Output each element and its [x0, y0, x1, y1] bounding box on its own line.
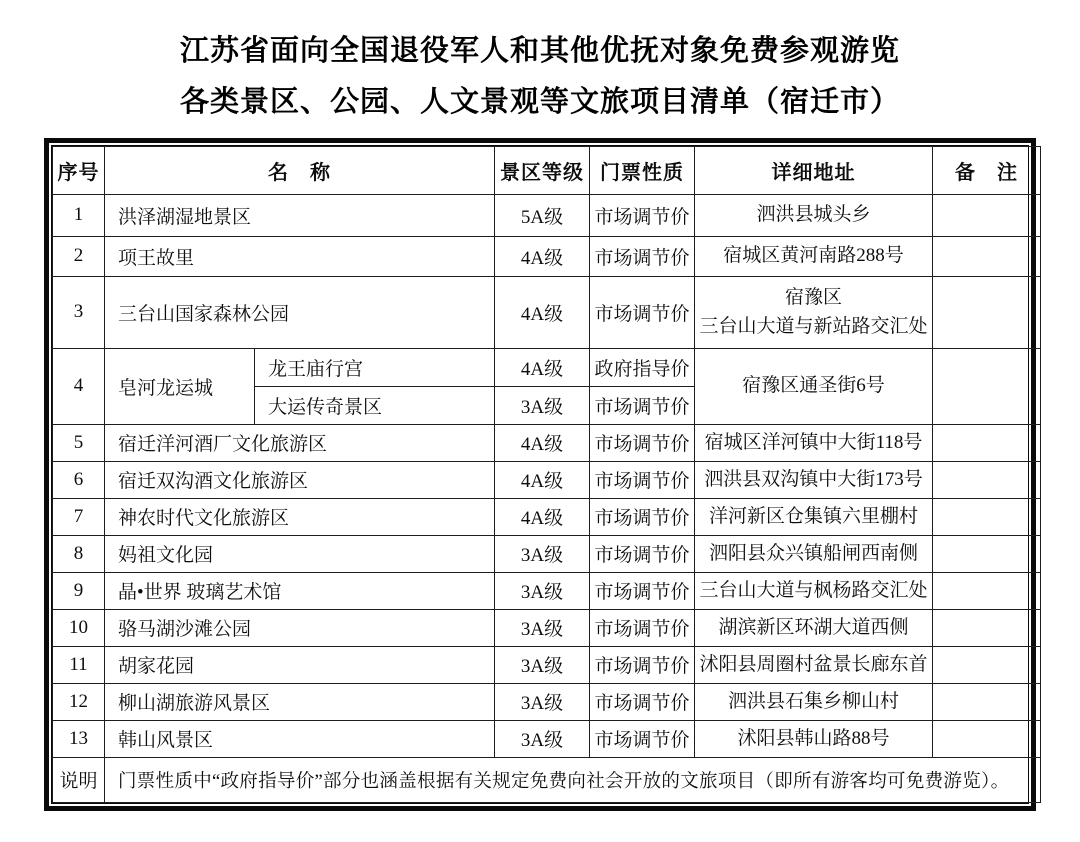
- header-row: 序号 名 称 景区等级 门票性质 详细地址 备 注: [53, 146, 1041, 194]
- cell-ticket: 市场调节价: [590, 609, 695, 646]
- cell-address: 沭阳县周圈村盆景长廊东首: [695, 646, 933, 683]
- cell-level: 3A级: [495, 720, 590, 757]
- cell-no: 9: [53, 572, 105, 609]
- col-header-no: 序号: [53, 146, 105, 194]
- table-row-9: 9 晶•世界 玻璃艺术馆 3A级 市场调节价 三台山大道与枫杨路交汇处: [53, 572, 1041, 609]
- attractions-table: 序号 名 称 景区等级 门票性质 详细地址 备 注 1 洪泽湖湿地景区 5A级 …: [52, 146, 1041, 803]
- cell-level: 4A级: [495, 498, 590, 535]
- title-line-1: 江苏省面向全国退役军人和其他优抚对象免费参观游览: [0, 26, 1080, 77]
- cell-level: 4A级: [495, 424, 590, 461]
- cell-address: 宿豫区通圣街6号: [695, 348, 933, 424]
- table-row-1: 1 洪泽湖湿地景区 5A级 市场调节价 泗洪县城头乡: [53, 194, 1041, 236]
- cell-ticket: 市场调节价: [590, 424, 695, 461]
- cell-level: 3A级: [495, 609, 590, 646]
- cell-sub-name: 大运传奇景区: [255, 386, 495, 424]
- cell-name: 宿迁洋河酒厂文化旅游区: [105, 424, 495, 461]
- cell-no: 11: [53, 646, 105, 683]
- table-row-3: 3 三台山国家森林公园 4A级 市场调节价 宿豫区 三台山大道与新站路交汇处: [53, 276, 1041, 348]
- cell-remark: [933, 194, 1041, 236]
- col-header-remark: 备 注: [933, 146, 1041, 194]
- table-inner-border: 序号 名 称 景区等级 门票性质 详细地址 备 注 1 洪泽湖湿地景区 5A级 …: [51, 145, 1029, 804]
- cell-remark: [933, 276, 1041, 348]
- cell-address: 沭阳县韩山路88号: [695, 720, 933, 757]
- note-label: 说明: [53, 757, 105, 802]
- cell-no: 5: [53, 424, 105, 461]
- table-outer-border: 序号 名 称 景区等级 门票性质 详细地址 备 注 1 洪泽湖湿地景区 5A级 …: [44, 138, 1036, 811]
- cell-level: 4A级: [495, 461, 590, 498]
- cell-address: 宿豫区 三台山大道与新站路交汇处: [695, 276, 933, 348]
- cell-level: 3A级: [495, 535, 590, 572]
- cell-address: 宿城区黄河南路288号: [695, 236, 933, 276]
- cell-no: 8: [53, 535, 105, 572]
- cell-remark: [933, 683, 1041, 720]
- table-row-7: 7 神农时代文化旅游区 4A级 市场调节价 洋河新区仓集镇六里棚村: [53, 498, 1041, 535]
- cell-ticket: 市场调节价: [590, 386, 695, 424]
- cell-name: 三台山国家森林公园: [105, 276, 495, 348]
- table-row-5: 5 宿迁洋河酒厂文化旅游区 4A级 市场调节价 宿城区洋河镇中大街118号: [53, 424, 1041, 461]
- table-row-6: 6 宿迁双沟酒文化旅游区 4A级 市场调节价 泗洪县双沟镇中大街173号: [53, 461, 1041, 498]
- cell-name: 洪泽湖湿地景区: [105, 194, 495, 236]
- table-row-13: 13 韩山风景区 3A级 市场调节价 沭阳县韩山路88号: [53, 720, 1041, 757]
- cell-name: 骆马湖沙滩公园: [105, 609, 495, 646]
- cell-address: 泗洪县城头乡: [695, 194, 933, 236]
- cell-group-name: 皂河龙运城: [105, 348, 255, 424]
- cell-no: 7: [53, 498, 105, 535]
- note-row: 说明 门票性质中“政府指导价”部分也涵盖根据有关规定免费向社会开放的文旅项目（即…: [53, 757, 1041, 802]
- cell-remark: [933, 424, 1041, 461]
- cell-ticket: 市场调节价: [590, 683, 695, 720]
- table-row-10: 10 骆马湖沙滩公园 3A级 市场调节价 湖滨新区环湖大道西侧: [53, 609, 1041, 646]
- cell-address: 湖滨新区环湖大道西侧: [695, 609, 933, 646]
- table-row-11: 11 胡家花园 3A级 市场调节价 沭阳县周圈村盆景长廊东首: [53, 646, 1041, 683]
- cell-name: 晶•世界 玻璃艺术馆: [105, 572, 495, 609]
- cell-ticket: 市场调节价: [590, 646, 695, 683]
- cell-no: 1: [53, 194, 105, 236]
- table-row-12: 12 柳山湖旅游风景区 3A级 市场调节价 泗洪县石集乡柳山村: [53, 683, 1041, 720]
- cell-no: 4: [53, 348, 105, 424]
- cell-remark: [933, 535, 1041, 572]
- cell-level: 4A级: [495, 348, 590, 386]
- cell-sub-name: 龙王庙行宫: [255, 348, 495, 386]
- cell-name: 宿迁双沟酒文化旅游区: [105, 461, 495, 498]
- cell-name: 妈祖文化园: [105, 535, 495, 572]
- cell-remark: [933, 236, 1041, 276]
- cell-remark: [933, 720, 1041, 757]
- cell-ticket: 政府指导价: [590, 348, 695, 386]
- cell-address: 宿城区洋河镇中大街118号: [695, 424, 933, 461]
- cell-ticket: 市场调节价: [590, 720, 695, 757]
- cell-no: 10: [53, 609, 105, 646]
- cell-ticket: 市场调节价: [590, 236, 695, 276]
- table-row-4a: 4 皂河龙运城 龙王庙行宫 4A级 政府指导价 宿豫区通圣街6号: [53, 348, 1041, 386]
- cell-level: 3A级: [495, 572, 590, 609]
- cell-address: 洋河新区仓集镇六里棚村: [695, 498, 933, 535]
- cell-name: 胡家花园: [105, 646, 495, 683]
- document-title: 江苏省面向全国退役军人和其他优抚对象免费参观游览 各类景区、公园、人文景观等文旅…: [0, 0, 1080, 128]
- cell-ticket: 市场调节价: [590, 194, 695, 236]
- cell-remark: [933, 646, 1041, 683]
- cell-level: 5A级: [495, 194, 590, 236]
- note-text: 门票性质中“政府指导价”部分也涵盖根据有关规定免费向社会开放的文旅项目（即所有游…: [105, 757, 1041, 802]
- cell-name: 神农时代文化旅游区: [105, 498, 495, 535]
- cell-level: 4A级: [495, 276, 590, 348]
- cell-remark: [933, 348, 1041, 424]
- cell-ticket: 市场调节价: [590, 572, 695, 609]
- table-row-2: 2 项王故里 4A级 市场调节价 宿城区黄河南路288号: [53, 236, 1041, 276]
- cell-remark: [933, 572, 1041, 609]
- cell-level: 4A级: [495, 236, 590, 276]
- cell-remark: [933, 498, 1041, 535]
- cell-remark: [933, 461, 1041, 498]
- cell-level: 3A级: [495, 386, 590, 424]
- cell-name: 韩山风景区: [105, 720, 495, 757]
- table-row-8: 8 妈祖文化园 3A级 市场调节价 泗阳县众兴镇船闸西南侧: [53, 535, 1041, 572]
- cell-address: 泗洪县石集乡柳山村: [695, 683, 933, 720]
- document-page: 江苏省面向全国退役军人和其他优抚对象免费参观游览 各类景区、公园、人文景观等文旅…: [0, 0, 1080, 842]
- cell-address: 泗洪县双沟镇中大街173号: [695, 461, 933, 498]
- col-header-name: 名 称: [105, 146, 495, 194]
- cell-no: 2: [53, 236, 105, 276]
- cell-ticket: 市场调节价: [590, 461, 695, 498]
- col-header-level: 景区等级: [495, 146, 590, 194]
- cell-no: 3: [53, 276, 105, 348]
- cell-level: 3A级: [495, 646, 590, 683]
- cell-remark: [933, 609, 1041, 646]
- cell-no: 12: [53, 683, 105, 720]
- cell-no: 6: [53, 461, 105, 498]
- cell-name: 柳山湖旅游风景区: [105, 683, 495, 720]
- cell-name: 项王故里: [105, 236, 495, 276]
- cell-level: 3A级: [495, 683, 590, 720]
- cell-ticket: 市场调节价: [590, 276, 695, 348]
- cell-address: 泗阳县众兴镇船闸西南侧: [695, 535, 933, 572]
- cell-ticket: 市场调节价: [590, 498, 695, 535]
- col-header-address: 详细地址: [695, 146, 933, 194]
- cell-address: 三台山大道与枫杨路交汇处: [695, 572, 933, 609]
- cell-ticket: 市场调节价: [590, 535, 695, 572]
- cell-no: 13: [53, 720, 105, 757]
- col-header-ticket: 门票性质: [590, 146, 695, 194]
- title-line-2: 各类景区、公园、人文景观等文旅项目清单（宿迁市）: [0, 77, 1080, 128]
